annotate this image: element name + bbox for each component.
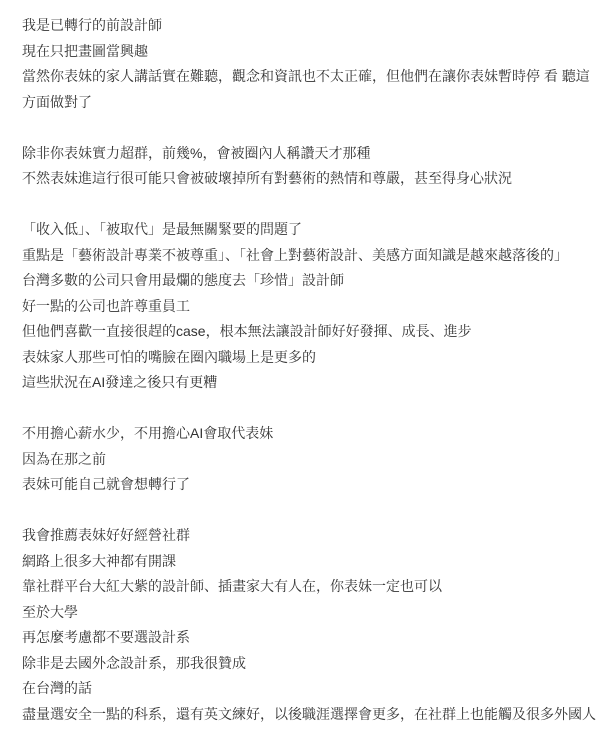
text-line: 表妹可能自己就會想轉行了: [22, 476, 190, 492]
text-line: 台灣多數的公司只會用最爛的態度去「珍惜」設計師: [22, 272, 344, 288]
text-line: 在台灣的話: [22, 680, 92, 696]
text-line: 因為在那之前: [22, 451, 106, 467]
text-line: 再怎麼考慮都不要選設計系: [22, 629, 190, 645]
text-line: 盡量選安全一點的科系，還有英文練好，以後職涯選擇會更多，在社群上也能觸及很多外國…: [22, 706, 596, 722]
text-line: 至於大學: [22, 604, 78, 620]
text-line: 但他們喜歡一直接很趕的case，根本無法讓設計師好好發揮、成長、進步: [22, 323, 472, 339]
text-line: 我是已轉行的前設計師: [22, 17, 162, 33]
text-line: 「收入低」、「被取代」是最無關緊要的問題了: [22, 221, 302, 237]
text-line: 這些狀況在AI發達之後只有更糟: [22, 374, 217, 390]
comment-body: 我是已轉行的前設計師現在只把畫圖當興趣當然你表妹的家人講話實在難聽，觀念和資訊也…: [0, 0, 609, 732]
paragraph: 我是已轉行的前設計師現在只把畫圖當興趣當然你表妹的家人講話實在難聽，觀念和資訊也…: [22, 13, 602, 115]
text-line: 不用擔心薪水少，不用擔心AI會取代表妹: [22, 425, 273, 441]
text-line: 不然表妹進這行很可能只會被破壞掉所有對藝術的熱情和尊嚴，甚至得身心狀況: [22, 170, 512, 186]
paragraph: 我會推薦表妹好好經營社群網路上很多大神都有開課靠社群平台大紅大紫的設計師、插畫家…: [22, 523, 602, 727]
text-line: 重點是「藝術設計專業不被尊重」、「社會上對藝術設計、美感方面知識是越來越落後的」: [22, 247, 568, 263]
text-line: 除非你表妹實力超群，前幾%，會被圈內人稱讚天才那種: [22, 145, 370, 161]
text-line: 除非是去國外念設計系，那我很贊成: [22, 655, 246, 671]
paragraph: 除非你表妹實力超群，前幾%，會被圈內人稱讚天才那種不然表妹進這行很可能只會被破壞…: [22, 141, 602, 192]
text-line: 靠社群平台大紅大紫的設計師、插畫家大有人在，你表妹一定也可以: [22, 578, 442, 594]
text-line: 當然你表妹的家人講話實在難聽，觀念和資訊也不太正確，但他們在讓你表妹暫時停 看 …: [22, 68, 590, 110]
paragraph: 「收入低」、「被取代」是最無關緊要的問題了重點是「藝術設計專業不被尊重」、「社會…: [22, 217, 602, 396]
paragraph: 不用擔心薪水少，不用擔心AI會取代表妹因為在那之前表妹可能自己就會想轉行了: [22, 421, 602, 498]
text-line: 表妹家人那些可怕的嘴臉在圈內職場上是更多的: [22, 349, 316, 365]
text-line: 好一點的公司也許尊重員工: [22, 298, 190, 314]
text-line: 現在只把畫圖當興趣: [22, 43, 148, 59]
text-line: 網路上很多大神都有開課: [22, 553, 176, 569]
text-line: 我會推薦表妹好好經營社群: [22, 527, 190, 543]
